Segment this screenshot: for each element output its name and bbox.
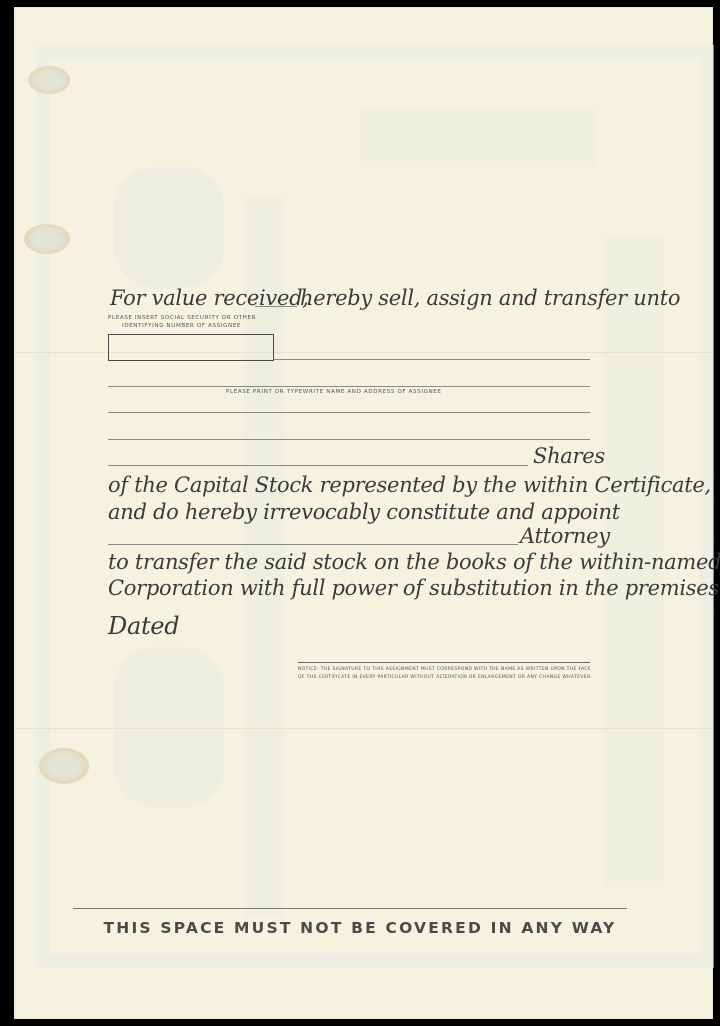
corporation-text: Corporation with full power of substitut…: [108, 576, 720, 600]
ssn-label-line2: IDENTIFYING NUMBER OF ASSIGNEE: [122, 323, 241, 329]
fold-crease: [14, 728, 713, 729]
punch-hole-stain: [28, 66, 70, 94]
showthrough-vignette: [114, 647, 224, 807]
ssn-label-line1: PLEASE INSERT SOCIAL SECURITY OR OTHER: [108, 315, 256, 321]
attorney-text: Attorney: [520, 524, 610, 548]
notice-line-1: NOTICE: THE SIGNATURE TO THIS ASSIGNMENT…: [298, 666, 592, 674]
assignee-line-4[interactable]: [108, 439, 590, 440]
reserved-space-rule: [73, 908, 627, 909]
reserved-space-warning: THIS SPACE MUST NOT BE COVERED IN ANY WA…: [0, 919, 720, 937]
punch-hole-stain: [24, 224, 70, 254]
notice-text: NOTICE: THE SIGNATURE TO THIS ASSIGNMENT…: [298, 666, 592, 682]
dated-text: Dated: [108, 612, 179, 640]
ssn-input-box[interactable]: [108, 334, 274, 361]
assignee-line-2[interactable]: [108, 386, 590, 387]
appoint-text: and do hereby irrevocably constitute and…: [108, 500, 620, 524]
capital-stock-text: of the Capital Stock represented by the …: [108, 473, 711, 497]
assignee-print-label: PLEASE PRINT OR TYPEWRITE NAME AND ADDRE…: [226, 389, 442, 395]
sell-assign-transfer-text: hereby sell, assign and transfer unto: [300, 286, 680, 310]
attorney-blank-line[interactable]: [108, 544, 518, 545]
punch-hole-stain: [39, 748, 89, 784]
transfer-text: to transfer the said stock on the books …: [108, 550, 720, 574]
shares-text: Shares: [533, 444, 605, 468]
showthrough-company-block: [359, 107, 594, 167]
notice-line-2: OF THE CERTIFICATE IN EVERY PARTICULAR W…: [298, 674, 592, 682]
showthrough-vignette: [114, 167, 224, 287]
signature-line[interactable]: [298, 662, 590, 663]
assignee-line-3[interactable]: [108, 412, 590, 413]
shares-blank-line[interactable]: [108, 465, 528, 466]
assignee-line-1[interactable]: [274, 359, 590, 360]
assignor-blank-line[interactable]: [255, 306, 297, 307]
